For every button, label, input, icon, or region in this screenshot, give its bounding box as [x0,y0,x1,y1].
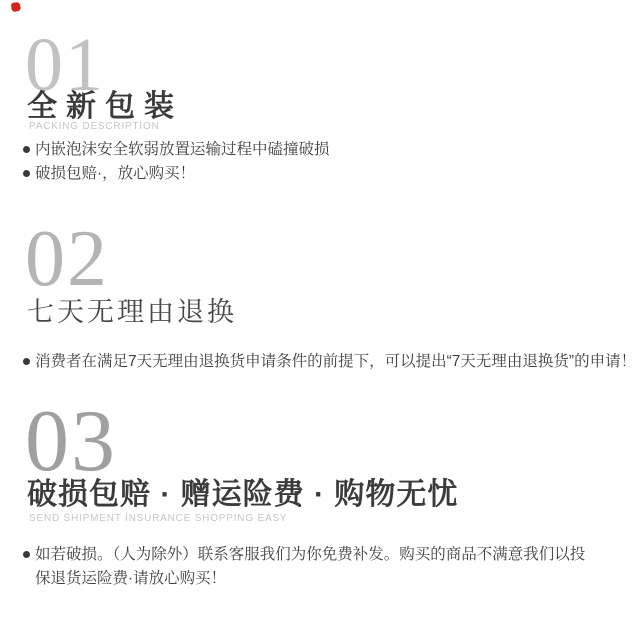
section-2-bullet-list: 消费者在满足7天无理由退换货申请条件的前提下，可以提出“7天无理由退换货”的申请… [23,350,636,374]
bullet-text: 消费者在满足7天无理由退换货申请条件的前提下，可以提出“7天无理由退换货”的申请… [35,350,636,374]
section-2-title: 七天无理由退换 [27,298,237,328]
bullet-item: 破损包赔·，放心购买！ [23,162,330,186]
bullet-dot-icon [23,170,30,177]
section-3-bullet-list: 如若破损。（人为除外）联系客服我们为你免费补发。购买的商品不满意我们以投保退货运… [23,543,592,590]
product-description-page: 01 全新包装 PACKING DESCRIPTION 内嵌泡沫安全软弱放置运输… [0,0,640,620]
bullet-item: 内嵌泡沫安全软弱放置运输过程中磕撞破损 [23,138,330,162]
bullet-item: 如若破损。（人为除外）联系客服我们为你免费补发。购买的商品不满意我们以投保退货运… [23,543,592,590]
bullet-dot-icon [23,358,30,365]
bullet-text: 如若破损。（人为除外）联系客服我们为你免费补发。购买的商品不满意我们以投保退货运… [35,543,592,590]
bullet-text: 破损包赔·，放心购买！ [35,162,195,186]
red-corner-mark-icon [9,1,23,14]
section-1-subtitle: PACKING DESCRIPTION [29,121,160,132]
bullet-text: 内嵌泡沫安全软弱放置运输过程中磕撞破损 [35,138,330,162]
bullet-dot-icon [23,146,30,153]
bullet-item: 消费者在满足7天无理由退换货申请条件的前提下，可以提出“7天无理由退换货”的申请… [23,350,636,374]
section-2-number: 02 [25,219,109,299]
section-3-title: 破损包赔 · 赠运险费 · 购物无忧 [27,478,458,511]
section-1-bullet-list: 内嵌泡沫安全软弱放置运输过程中磕撞破损 破损包赔·，放心购买！ [23,138,330,185]
section-1-title: 全新包装 [27,90,183,123]
section-3-subtitle: SEND SHIPMENT INSURANCE SHOPPING EASY [29,513,287,524]
bullet-dot-icon [23,551,30,558]
section-3-number: 03 [25,398,117,486]
